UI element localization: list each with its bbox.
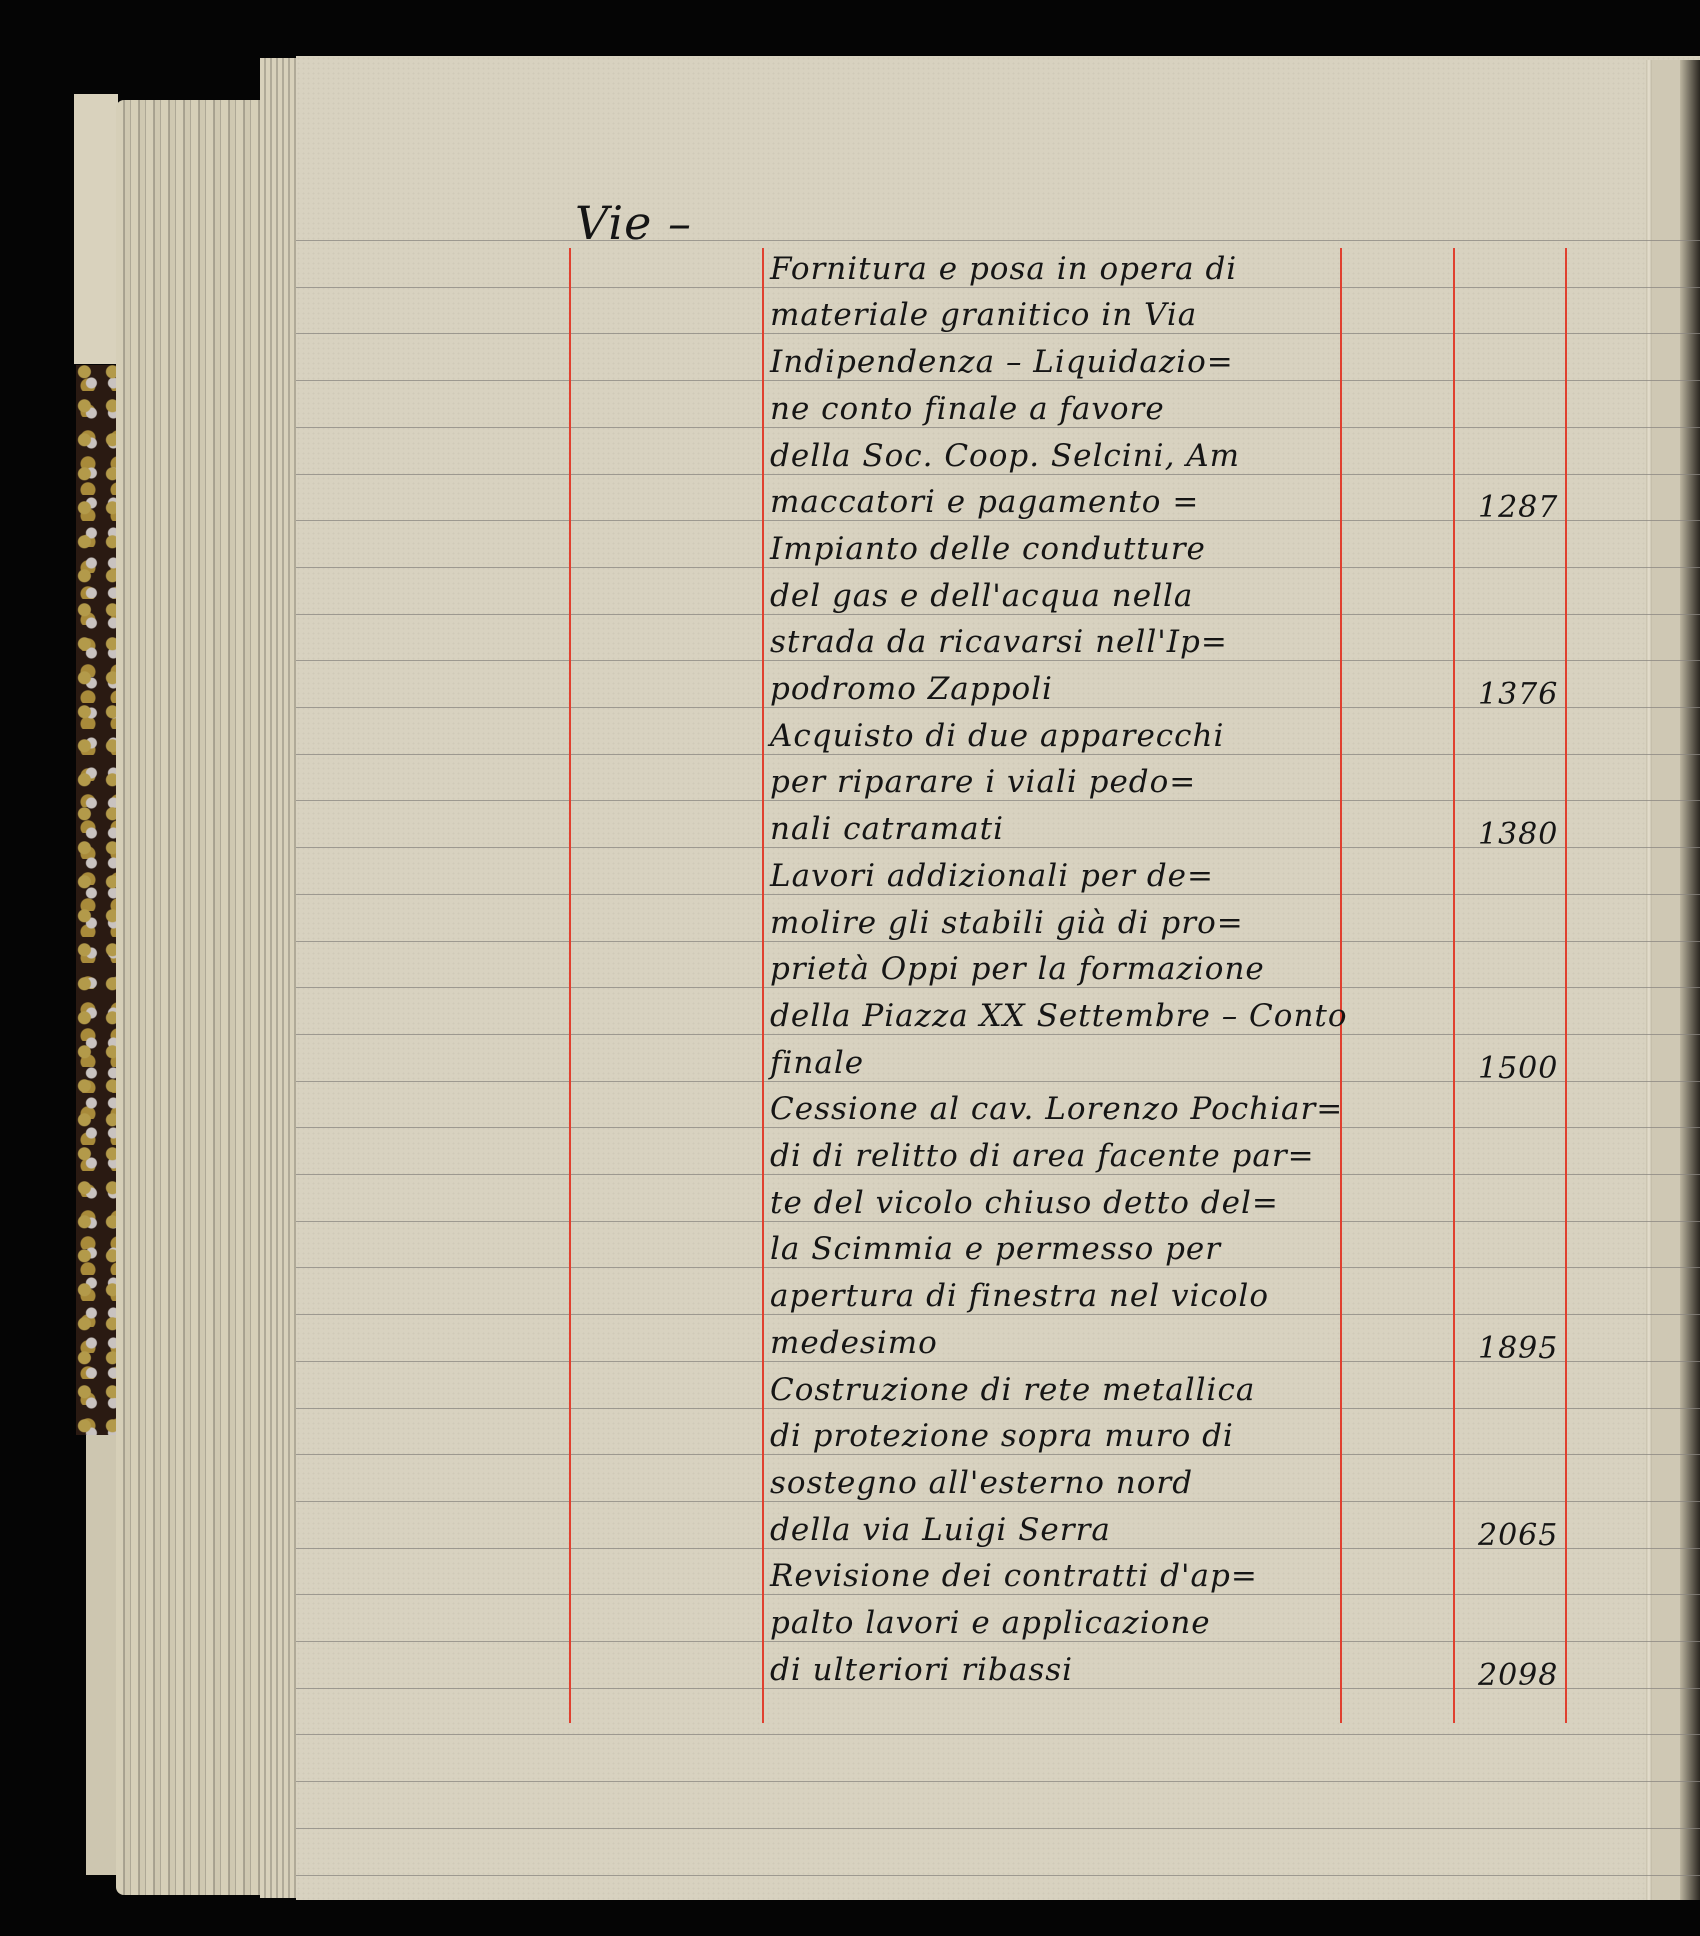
ruled-line xyxy=(296,427,1700,428)
entry-text-line: per riparare i viali pedo= xyxy=(770,764,1196,800)
entry-text-line: Lavori addizionali per de= xyxy=(770,858,1214,894)
red-margin-rule-5 xyxy=(1565,248,1567,1723)
entry-text-line: sostegno all'esterno nord xyxy=(770,1465,1193,1501)
entry-text-line: palto lavori e applicazione xyxy=(770,1605,1211,1641)
ruled-line xyxy=(296,1501,1700,1502)
entry-text-line: molire gli stabili già di pro= xyxy=(770,905,1244,941)
ruled-line xyxy=(296,1594,1700,1595)
entry-number: 1895 xyxy=(1478,1331,1558,1366)
entry-text-line: Impianto delle condutture xyxy=(770,531,1206,567)
ruled-line xyxy=(296,1734,1700,1735)
ruled-line xyxy=(296,1454,1700,1455)
ruled-line xyxy=(296,1408,1700,1409)
ruled-line xyxy=(296,474,1700,475)
ruled-line xyxy=(296,987,1700,988)
ruled-line xyxy=(296,941,1700,942)
entry-text-line: Indipendenza – Liquidazio= xyxy=(770,344,1234,380)
entry-number: 2098 xyxy=(1478,1658,1558,1693)
entry-text-line: apertura di finestra nel vicolo xyxy=(770,1278,1269,1314)
red-margin-rule-2 xyxy=(762,248,764,1723)
entry-text-line: di ulteriori ribassi xyxy=(770,1652,1073,1688)
entry-number: 2065 xyxy=(1478,1518,1558,1553)
entry-text-line: finale xyxy=(770,1045,864,1081)
entry-text-line: Revisione dei contratti d'ap= xyxy=(770,1558,1258,1594)
ruled-line xyxy=(296,1034,1700,1035)
ruled-line xyxy=(296,1314,1700,1315)
entry-text-line: Fornitura e posa in opera di xyxy=(770,251,1237,287)
entry-text-line: ne conto finale a favore xyxy=(770,391,1165,427)
entry-text-line: Cessione al cav. Lorenzo Pochiar= xyxy=(770,1091,1343,1127)
ruled-line xyxy=(296,240,1700,241)
ruled-line xyxy=(296,1828,1700,1829)
ruled-line xyxy=(296,614,1700,615)
entry-text-line: podromo Zappoli xyxy=(770,671,1053,707)
red-margin-rule-1 xyxy=(569,248,571,1723)
ruled-line xyxy=(296,1127,1700,1128)
ruled-line xyxy=(296,1267,1700,1268)
entry-text-line: di protezione sopra muro di xyxy=(770,1418,1234,1454)
entry-text-line: della Piazza XX Settembre – Conto xyxy=(770,998,1348,1034)
entry-text-line: della Soc. Coop. Selcini, Am xyxy=(770,438,1240,474)
entry-text-line: della via Luigi Serra xyxy=(770,1512,1111,1548)
entry-text-line: prietà Oppi per la formazione xyxy=(770,951,1265,987)
ruled-line xyxy=(296,380,1700,381)
endpaper-top xyxy=(74,94,118,364)
ruled-line xyxy=(296,800,1700,801)
entry-text-line: Acquisto di due apparecchi xyxy=(770,718,1224,754)
page-heading: Vie – xyxy=(575,196,692,250)
entry-text-line: Costruzione di rete metallica xyxy=(770,1372,1255,1408)
ruled-line xyxy=(296,1221,1700,1222)
entry-text-line: medesimo xyxy=(770,1325,938,1361)
ruled-line xyxy=(296,287,1700,288)
entry-text-line: te del vicolo chiuso detto del= xyxy=(770,1185,1279,1221)
entry-text-line: del gas e dell'acqua nella xyxy=(770,578,1193,614)
entry-number: 1287 xyxy=(1478,490,1558,525)
entry-text-line: la Scimmia e permesso per xyxy=(770,1231,1221,1267)
ruled-line xyxy=(296,754,1700,755)
ruled-line xyxy=(296,333,1700,334)
binding-shadow xyxy=(1680,60,1700,1900)
ruled-line xyxy=(296,894,1700,895)
ruled-line xyxy=(296,1875,1700,1876)
red-margin-rule-3 xyxy=(1340,248,1342,1723)
entry-number: 1500 xyxy=(1478,1051,1558,1086)
ruled-line xyxy=(296,660,1700,661)
red-margin-rule-4 xyxy=(1453,248,1455,1723)
entry-text-line: nali catramati xyxy=(770,811,1004,847)
entry-text-line: maccatori e pagamento = xyxy=(770,484,1199,520)
ruled-line xyxy=(296,1641,1700,1642)
ruled-line xyxy=(296,567,1700,568)
page-fold xyxy=(1646,60,1652,1900)
ruled-line xyxy=(296,1781,1700,1782)
entry-text-line: di di relitto di area facente par= xyxy=(770,1138,1315,1174)
marbled-cover-edge xyxy=(76,365,118,1435)
entry-text-line: materiale granitico in Via xyxy=(770,297,1197,333)
entry-number: 1376 xyxy=(1478,677,1558,712)
entry-text-line: strada da ricavarsi nell'Ip= xyxy=(770,624,1228,660)
ruled-line xyxy=(296,1174,1700,1175)
stacked-page-edges-inner xyxy=(260,58,300,1898)
entry-number: 1380 xyxy=(1478,817,1558,852)
